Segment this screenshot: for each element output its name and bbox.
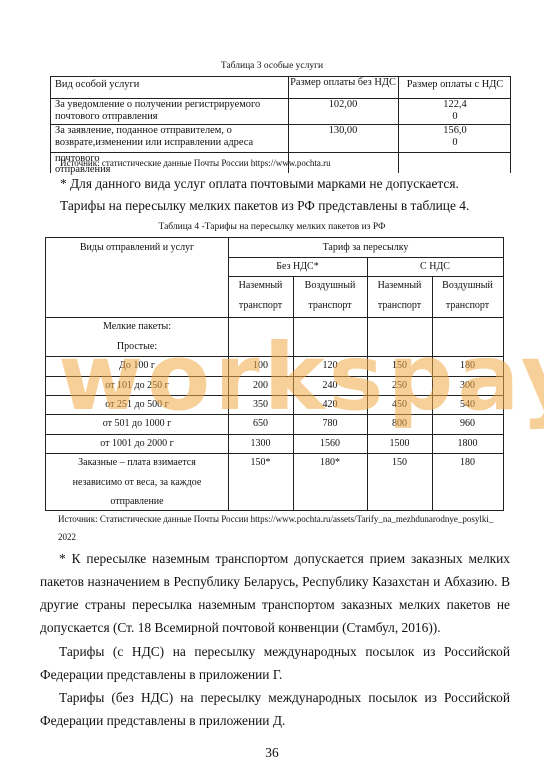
table4-row-value: 250 (367, 376, 432, 396)
text-line: Воздушный (432, 276, 503, 296)
footnote-line: пакетов назначением в Республику Беларус… (40, 574, 510, 590)
text-line: За заявление, поданное отправителем, о (55, 125, 253, 137)
table4-row-value: 350 (228, 395, 293, 415)
table4-source-line2: 2022 (58, 532, 76, 542)
table4-row-label: от 251 до 500 г (46, 395, 228, 415)
text-line: За уведомление о получении регистрируемо… (55, 99, 260, 111)
table4-row-value: 960 (432, 414, 503, 434)
table4-subheader-ground-novat: Наземныйтранспорт (228, 276, 293, 315)
table4-row-value: 540 (432, 395, 503, 415)
table4-header-types: Виды отправлений и услуг (46, 238, 228, 258)
footnote-line: другие страны пересылка наземным транспо… (40, 597, 510, 613)
table4-row-value: 120 (293, 356, 367, 376)
note-stamps: * Для данного вида услуг оплата почтовым… (60, 176, 459, 192)
table4: Виды отправлений и услуг Тариф за пересы… (45, 237, 504, 511)
table4-row-value: 800 (367, 414, 432, 434)
text-line: 122,4 (398, 99, 512, 111)
table4-row-label: До 100 г (46, 356, 228, 376)
text-line: 0 (398, 137, 512, 149)
table4-subheader-air-vat: Воздушныйтранспорт (432, 276, 503, 315)
table4-row-value: 240 (293, 376, 367, 396)
text-line: транспорт (432, 296, 503, 316)
table4-row-value: 1560 (293, 434, 367, 454)
paragraph-appendix-g: Федерации представлены в приложении Г. (40, 667, 282, 683)
table3-header-vat: Размер оплаты с НДС (398, 79, 512, 91)
text-line: Заказные – плата взимается (46, 453, 228, 473)
table4-registered-label: Заказные – плата взимается независимо от… (46, 453, 228, 512)
table4-section-label: Мелкие пакеты:Простые: (46, 317, 228, 356)
table4-header-tariff: Тариф за пересылку (228, 238, 503, 258)
footnote-line: допускается (Ст. 18 Всемирной почтовой к… (40, 620, 441, 636)
table4-row-value: 780 (293, 414, 367, 434)
table4-row-value: 1500 (367, 434, 432, 454)
table4-row-value: 200 (228, 376, 293, 396)
text-line: Мелкие пакеты: (46, 317, 228, 337)
page-number: 36 (0, 745, 544, 761)
table4-row-value: 150 (367, 356, 432, 376)
table3-source: Источник: статистические данные Почты Ро… (60, 158, 331, 168)
table4-row-label: от 1001 до 2000 г (46, 434, 228, 454)
table3-header-service: Вид особой услуги (55, 79, 139, 91)
text-line: транспорт (367, 296, 432, 316)
table4-row-value: 650 (228, 414, 293, 434)
table3-row1-no-vat: 102,00 (288, 99, 398, 111)
paragraph-appendix-d: Федерации представлены в приложении Д. (40, 713, 285, 729)
table4-caption: Таблица 4 -Тарифы на пересылку мелких па… (0, 222, 544, 232)
text-line: транспорт (293, 296, 367, 316)
text-line: 0 (398, 111, 512, 123)
paragraph-appendix-d: Тарифы (без НДС) на пересылку международ… (40, 690, 510, 706)
text-line: почтового отправления (55, 111, 260, 123)
paragraph-appendix-g: Тарифы (с НДС) на пересылку международны… (40, 644, 510, 660)
table4-registered-value: 180* (293, 453, 367, 473)
table4-row-value: 300 (432, 376, 503, 396)
table4-subheader-air-novat: Воздушныйтранспорт (293, 276, 367, 315)
table3-row2-no-vat: 130,00 (288, 125, 398, 137)
table3-header-no-vat: Размер оплаты без НДС (288, 78, 398, 88)
text-line: 156,0 (398, 125, 512, 137)
table3-row2-vat: 156,0 0 (398, 125, 512, 149)
table4-row-value: 420 (293, 395, 367, 415)
table4-header-vat: С НДС (367, 257, 503, 277)
table4-row-value: 450 (367, 395, 432, 415)
text-line: отправление (46, 492, 228, 512)
footnote-line: * К пересылке наземным транспортом допус… (40, 551, 510, 567)
text-line: независимо от веса, за каждое (46, 473, 228, 493)
table4-registered-value: 180 (432, 453, 503, 473)
table4-row-value: 1300 (228, 434, 293, 454)
table4-row-label: от 501 до 1000 г (46, 414, 228, 434)
text-line: Наземный (367, 276, 432, 296)
text-line: Простые: (46, 337, 228, 357)
text-line: Воздушный (293, 276, 367, 296)
table4-row-value: 180 (432, 356, 503, 376)
table4-registered-value: 150* (228, 453, 293, 473)
table4-registered-value: 150 (367, 453, 432, 473)
table3-caption: Таблица 3 особые услуги (0, 61, 544, 71)
text-line: транспорт (228, 296, 293, 316)
table4-source-line1: Источник: Статистические данные Почты Ро… (58, 514, 493, 524)
table4-subheader-ground-vat: Наземныйтранспорт (367, 276, 432, 315)
table4-header-no-vat: Без НДС* (228, 257, 367, 277)
table4-row-value: 1800 (432, 434, 503, 454)
paragraph-table4-intro: Тарифы на пересылку мелких пакетов из РФ… (60, 198, 469, 214)
table3-row1-service: За уведомление о получении регистрируемо… (55, 99, 260, 123)
table4-row-value: 100 (228, 356, 293, 376)
text-line: Наземный (228, 276, 293, 296)
text-line: возврате,изменении или исправлении адрес… (55, 137, 253, 149)
table4-row-label: от 101 до 250 г (46, 376, 228, 396)
table3-row1-vat: 122,4 0 (398, 99, 512, 123)
